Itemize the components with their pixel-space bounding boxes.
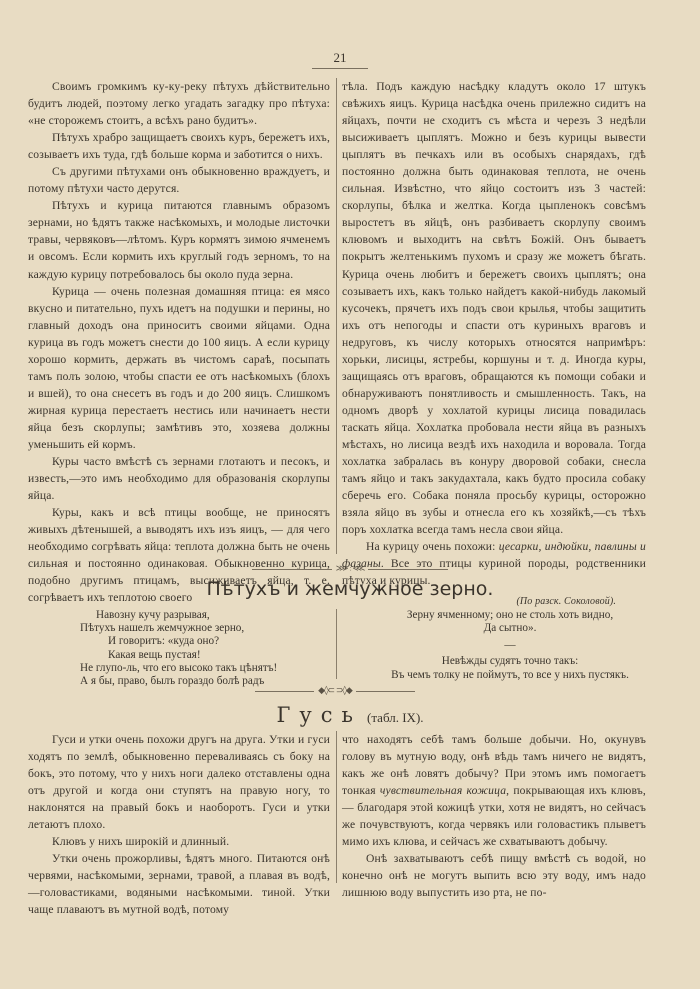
paragraph: Пѣтухъ и курица питаются главнымъ образо…: [28, 197, 330, 282]
paragraph: Гуси и утки очень похожи другъ на друга.…: [28, 731, 330, 833]
poem-line: Да сытно».: [360, 622, 660, 635]
poem-line: Какая вещь пустая!: [80, 649, 277, 662]
goose-right-column: что находятъ себѣ тамъ больше добычи. Но…: [342, 731, 646, 901]
poem-left-stanza: Навозну кучу разрывая, Пѣтухъ нашелъ жем…: [80, 609, 277, 688]
paragraph: что находятъ себѣ тамъ больше добычи. Но…: [342, 731, 646, 850]
stanza-separator: —: [360, 639, 660, 651]
poem-line: Пѣтухъ нашелъ жемчужное зерно,: [80, 622, 277, 635]
paragraph: Своимъ громкимъ ку-ку-реку пѣтухъ дѣйств…: [28, 78, 330, 129]
paragraph: тѣла. Подъ каждую насѣдку кладутъ около …: [342, 78, 646, 538]
text: На курицу очень похожи:: [366, 540, 499, 553]
page-number-rule: [312, 68, 368, 69]
poem-divider: [336, 609, 337, 679]
ornament-icon: ⋙ ⫶ ⋘: [332, 564, 369, 574]
column-divider: [336, 731, 337, 883]
ornament-divider: ⋙ ⫶ ⋘: [252, 563, 448, 575]
poem-line: Навозну кучу разрывая,: [80, 609, 277, 622]
poem-right-stanza: Зерну ячменному; оно не столь хоть видно…: [360, 609, 660, 682]
section-title-main: Гусь: [276, 703, 361, 727]
poem-line: И говоритъ: «куда оно?: [80, 635, 277, 648]
paragraph: Клювъ у нихъ широкій и длинный.: [28, 833, 330, 850]
italic-text: чувствительная кожица: [380, 784, 506, 797]
paragraph: Онѣ захватываютъ себѣ пищу вмѣстѣ съ вод…: [342, 850, 646, 901]
rule-line: [255, 691, 314, 692]
poem-line: Не глупо-ль, что его высоко такъ цѣнятъ!: [80, 662, 277, 675]
ornament-icon: ◆◊⊂ ⊃◊◆: [314, 686, 356, 696]
goose-left-column: Гуси и утки очень похожи другъ на друга.…: [28, 731, 330, 919]
page-number: 21: [312, 50, 368, 66]
paragraph: Куры часто вмѣстѣ съ зернами глотаютъ и …: [28, 453, 330, 504]
article-right-column: тѣла. Подъ каждую насѣдку кладутъ около …: [342, 78, 646, 610]
poem-line: А я бы, право, былъ гораздо болѣ радъ: [80, 675, 277, 688]
paragraph: Пѣтухъ храбро защищаетъ своихъ куръ, бер…: [28, 129, 330, 163]
rule-line: [368, 569, 448, 570]
section-title-plate: (табл. IX).: [367, 710, 424, 725]
poem-title: Пѣтухъ и жемчужное зерно.: [0, 578, 700, 600]
section-title: Гусь (табл. IX).: [0, 703, 700, 727]
paragraph: Курица — очень полезная домашняя птица: …: [28, 283, 330, 453]
column-divider: [336, 78, 337, 554]
paragraph: Утки очень прожорливы, ѣдятъ много. Пита…: [28, 850, 330, 918]
document-page: 21 Своимъ громкимъ ку-ку-реку пѣтухъ дѣй…: [0, 0, 700, 989]
paragraph: Съ другими пѣтухами онъ обыкновенно враж…: [28, 163, 330, 197]
article-left-column: Своимъ громкимъ ку-ку-реку пѣтухъ дѣйств…: [28, 78, 330, 606]
rule-line: [252, 569, 332, 570]
poem-line: Зерну ячменному; оно не столь хоть видно…: [360, 609, 660, 622]
rule-line: [356, 691, 415, 692]
poem-line: Въ чемъ толку не поймутъ, то все у нихъ …: [360, 669, 660, 682]
poem-line: Невѣжды судятъ точно такъ:: [360, 655, 660, 668]
ornament-divider: ◆◊⊂ ⊃◊◆: [255, 685, 415, 697]
